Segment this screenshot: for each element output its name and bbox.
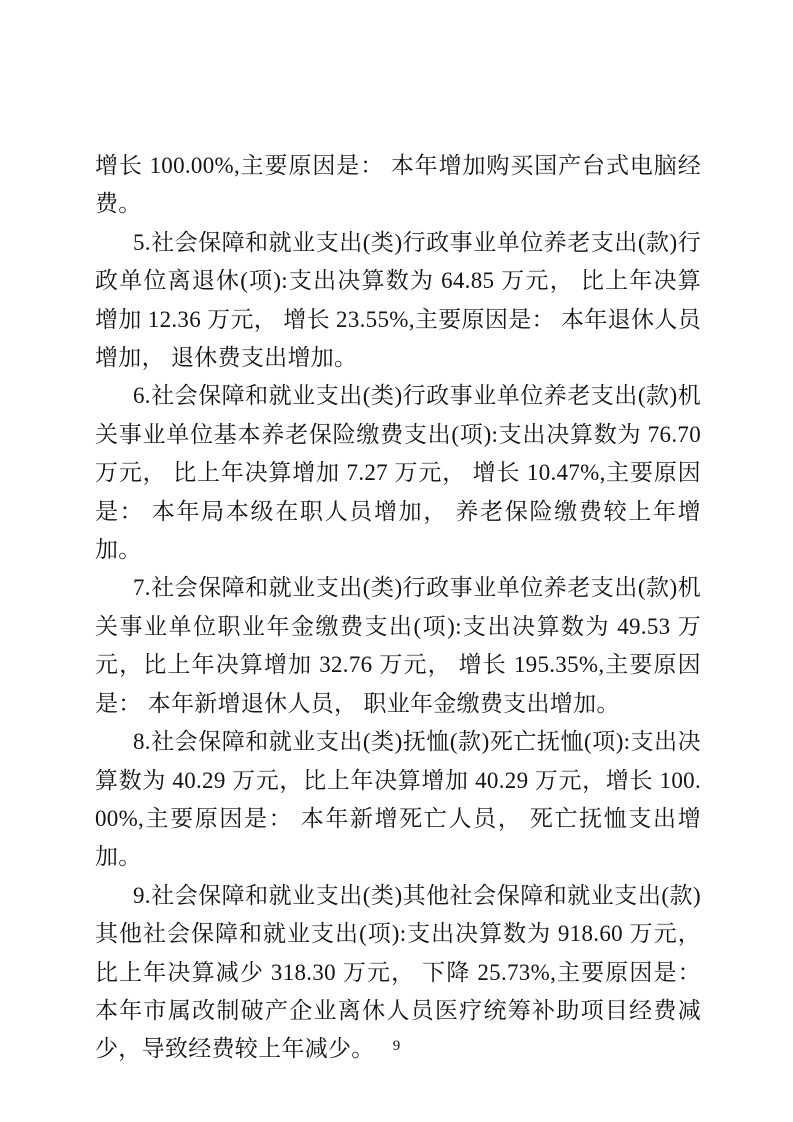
page-footer: 9 xyxy=(0,1036,793,1056)
paragraph-continuation: 增长 100.00%,主要原因是： 本年增加购买国产台式电脑经费。 xyxy=(95,147,701,224)
page-number: 9 xyxy=(393,1038,401,1054)
paragraph-item-7: 7.社会保障和就业支出(类)行政事业单位养老支出(款)机关事业单位职业年金缴费支… xyxy=(95,569,701,723)
paragraph-item-8: 8.社会保障和就业支出(类)抚恤(款)死亡抚恤(项):支出决算数为 40.29 … xyxy=(95,723,701,877)
paragraph-item-6: 6.社会保障和就业支出(类)行政事业单位养老支出(款)机关事业单位基本养老保险缴… xyxy=(95,377,701,569)
document-page: 增长 100.00%,主要原因是： 本年增加购买国产台式电脑经费。 5.社会保障… xyxy=(0,0,793,1122)
document-body: 增长 100.00%,主要原因是： 本年增加购买国产台式电脑经费。 5.社会保障… xyxy=(95,147,701,1069)
paragraph-item-5: 5.社会保障和就业支出(类)行政事业单位养老支出(款)行政单位离退休(项):支出… xyxy=(95,224,701,378)
